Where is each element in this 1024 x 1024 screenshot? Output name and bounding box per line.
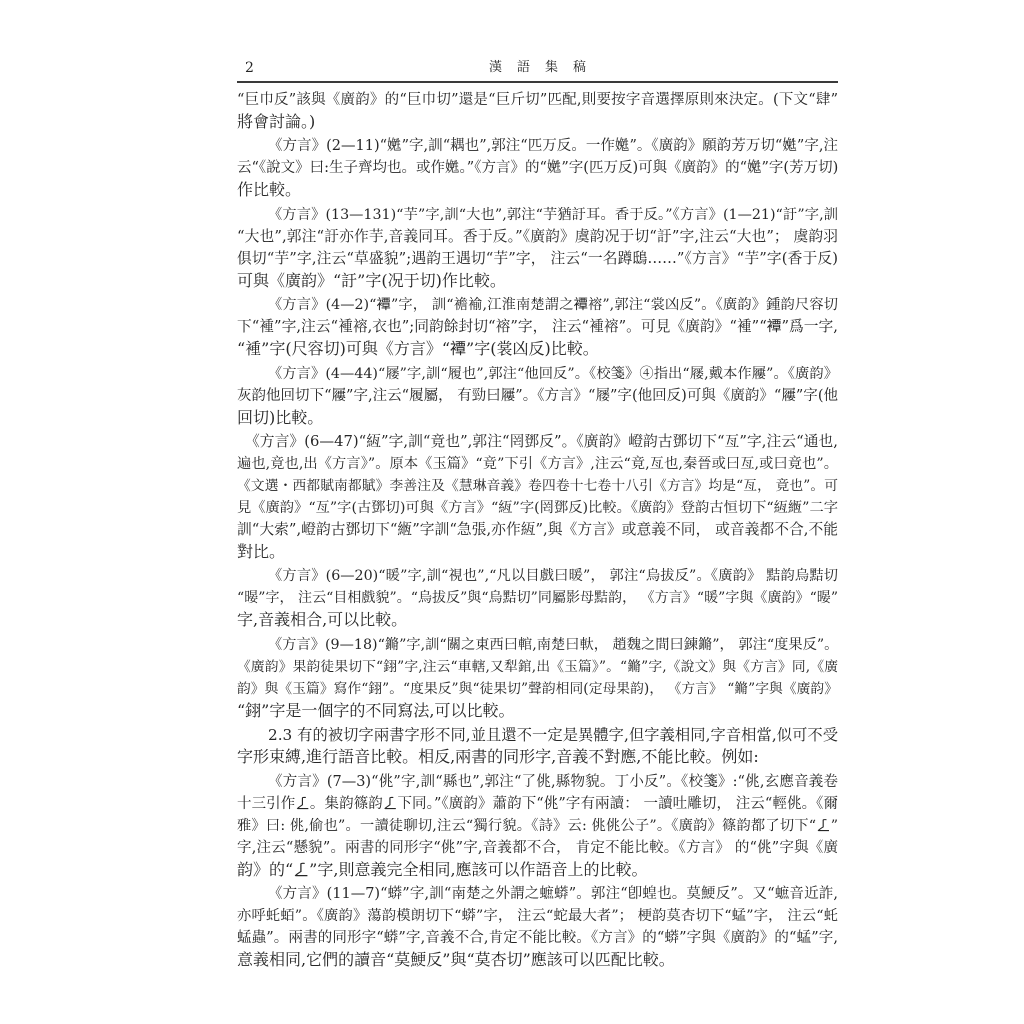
text-line: 《文選・西都賦南都賦》李善注及《慧琳音義》卷四卷十七卷十八引《方言》均是“亙， … — [237, 475, 838, 497]
text-line: 十三引作𠄏。集韵篠韵𠄏下同。”《廣韵》蕭韵下“佻”字有兩讀： 一讀吐雕切， 注云… — [237, 793, 838, 815]
book-page: 2 漢語集稿 “巨巾反”該與《廣韵》的“巨巾切”還是“巨斤切”匹配,則要按字音選… — [237, 0, 838, 1024]
text-line: “暥”字， 注云“目相戲貌”。“烏拔反”與“烏黠切”同屬影母黠韵， 《方言》“暖… — [237, 587, 838, 609]
text-line: “巨巾反”該與《廣韵》的“巨巾切”還是“巨斤切”匹配,則要按字音選擇原則來決定。… — [237, 89, 838, 111]
running-title: 漢語集稿 — [237, 58, 838, 78]
paragraph: 《方言》(9—18)“鏅”字,訓“關之東西曰輨,南楚曰軑， 趙魏之間曰鍊鏅”， … — [237, 634, 838, 722]
text-line: 對比。 — [237, 541, 838, 563]
text-line: “𨦫”字是一個字的不同寫法,可以比較。 — [237, 700, 838, 722]
body-text: “巨巾反”該與《廣韵》的“巨巾切”還是“巨斤切”匹配,則要按字音選擇原則來決定。… — [237, 89, 838, 971]
text-line: 俱切“芋”字,注云“草盛貌”;遇韵王遇切“芋”字， 注云“一名蹲鴟……”《方言》… — [237, 248, 838, 270]
text-line: 字,注云“懸貌”。兩書的同形字“佻”字,音義都不合， 肯定不能比較。《方言》 的… — [237, 837, 838, 859]
paragraph: 《方言》(11—7)“蟒”字,訓“南楚之外謂之蟅蟒”。郭注“卽蝗也。莫鯁反”。又… — [237, 883, 838, 971]
paragraph: 《方言》(7—3)“佻”字,訓“縣也”,郭注“了佻,縣物貌。丁小反”。《校箋》:… — [237, 771, 838, 881]
text-line: 回切)比較。 — [237, 407, 838, 429]
paragraph: 《方言》(6—20)“暖”字,訓“視也”,“凡以目戲曰暖”， 郭注“烏拔反”。《… — [237, 565, 838, 631]
text-line: 下“褈”字,注云“褈褣,衣也”;同韵餘封切“褣”字， 注云“褈褣”。可見《廣韵》… — [237, 316, 838, 338]
text-line: 見《廣韵》“亙”字(古鄧切)可與《方言》“絚”字(罔鄧反)比較。《廣韵》登韵古恒… — [237, 497, 838, 519]
text-line: “褈”字(尺容切)可與《方言》“𧝓”字(裳凶反)比較。 — [237, 338, 838, 360]
text-line: 灰韵他回切下“屨”字,注云“履屬， 有勁曰屨”。《方言》“屦”字(他回反)可與《… — [237, 385, 838, 407]
paragraph: 《方言》(13—131)“芋”字,訓“大也”,郭注“芋猶訏耳。香于反。”《方言》… — [237, 204, 838, 292]
text-line: 《方言》(4—44)“屦”字,訓“履也”,郭注“他回反”。《校箋》④指出“屦,戴… — [237, 363, 838, 385]
text-line: 韵》的“𠄏”字,則意義完全相同,應該可以作語音上的比較。 — [237, 859, 838, 881]
text-line: 云“《說文》曰:生子齊均也。或作嬎。”《方言》的“嬎”字(匹万反)可與《廣韵》的… — [237, 157, 838, 179]
text-line: 2.3 有的被切字兩書字形不同,並且還不一定是異體字,但字義相同,字音相當,似可… — [237, 724, 838, 746]
text-line: 《方言》(7—3)“佻”字,訓“縣也”,郭注“了佻,縣物貌。丁小反”。《校箋》:… — [237, 771, 838, 793]
text-line: 訓“大索”,嶝韵古鄧切下“緪”字訓“急張,亦作絚”,與《方言》或意義不同， 或音… — [237, 519, 838, 541]
text-line: 遍也,竟也,出《方言》”。原本《玉篇》“竟”下引《方言》,注云“竟,亙也,秦晉或… — [237, 453, 838, 475]
paragraph: 《方言》(6—47)“絚”字,訓“竟也”,郭注“罔鄧反”。《廣韵》嶝韵古鄧切下“… — [237, 431, 838, 563]
text-line: 蜢蟲”。兩書的同形字“蟒”字,音義不合,肯定不能比較。《方言》的“蟒”字與《廣韵… — [237, 927, 838, 949]
text-line: 《方言》(13—131)“芋”字,訓“大也”,郭注“芋猶訏耳。香于反。”《方言》… — [237, 204, 838, 226]
paragraph: “巨巾反”該與《廣韵》的“巨巾切”還是“巨斤切”匹配,則要按字音選擇原則來決定。… — [237, 89, 838, 133]
paragraph: 《方言》(4—2)“𧝓”字， 訓“襜褕,江淮南楚謂之𧝓褣”,郭注“裳凶反”。《廣… — [237, 294, 838, 360]
text-line: 將會討論。) — [237, 111, 838, 133]
text-line: 作比較。 — [237, 179, 838, 201]
text-line: 《方言》(2—11)“嬎”字,訓“耦也”,郭注“匹万反。一作嬔”。《廣韵》願韵芳… — [237, 135, 838, 157]
text-line: 《方言》(11—7)“蟒”字,訓“南楚之外謂之蟅蟒”。郭注“卽蝗也。莫鯁反”。又… — [237, 883, 838, 905]
text-line: 《方言》(6—20)“暖”字,訓“視也”,“凡以目戲曰暖”， 郭注“烏拔反”。《… — [237, 565, 838, 587]
section-paragraph: 2.3 有的被切字兩書字形不同,並且還不一定是異體字,但字義相同,字音相當,似可… — [237, 724, 838, 768]
text-line: 《方言》(6—47)“絚”字,訓“竟也”,郭注“罔鄧反”。《廣韵》嶝韵古鄧切下“… — [237, 431, 838, 453]
text-line: “大也”,郭注“訏亦作芋,音義同耳。香于反。”《廣韵》虞韵况于切“訏”字,注云“… — [237, 226, 838, 248]
text-line: 字形束縛,進行語音比較。相反,兩書的同形字,音義不對應,不能比較。例如: — [237, 746, 838, 768]
text-line: 字,音義相合,可以比較。 — [237, 609, 838, 631]
text-line: 《廣韵》果韵徒果切下“𨦫”字,注云“車轄,又犁錧,出《玉篇》”。“鏅”字,《說文… — [237, 656, 838, 678]
paragraph: 《方言》(4—44)“屦”字,訓“履也”,郭注“他回反”。《校箋》④指出“屦,戴… — [237, 363, 838, 429]
text-line: 《方言》(4—2)“𧝓”字， 訓“襜褕,江淮南楚謂之𧝓褣”,郭注“裳凶反”。《廣… — [237, 294, 838, 316]
header-rule — [237, 81, 838, 83]
paragraph: 《方言》(2—11)“嬎”字,訓“耦也”,郭注“匹万反。一作嬔”。《廣韵》願韵芳… — [237, 135, 838, 201]
text-line: 《方言》(9—18)“鏅”字,訓“關之東西曰輨,南楚曰軑， 趙魏之間曰鍊鏅”， … — [237, 634, 838, 656]
text-line: 雅》曰: 佻,偷也”。一讀徒聊切,注云“獨行貌。《詩》云: 佻佻公子”。《廣韵》… — [237, 815, 838, 837]
text-line: 可與《廣韵》“訏”字(况于切)作比較。 — [237, 270, 838, 292]
text-line: 意義相同,它們的讀音“莫鯁反”與“莫杏切”應該可以匹配比較。 — [237, 949, 838, 971]
text-line: 韵》與《玉篇》寫作“𨦫”。“度果反”與“徒果切”聲韵相同(定母果韵)， 《方言》… — [237, 678, 838, 700]
running-header: 2 漢語集稿 — [237, 58, 838, 78]
text-line: 亦呼虴蛨”。《廣韵》蕩韵模朗切下“蟒”字， 注云“蛇最大者”； 梗韵莫杏切下“蜢… — [237, 905, 838, 927]
